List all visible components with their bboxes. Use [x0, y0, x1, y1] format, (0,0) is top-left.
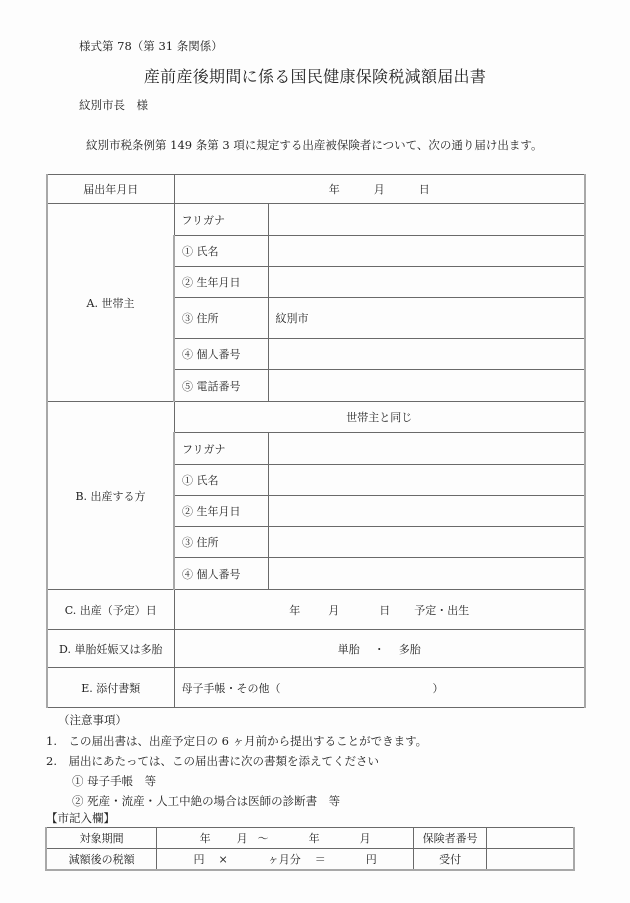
reduced-tax-label: 減額後の税額 — [46, 849, 157, 871]
head-furigana-field[interactable] — [268, 204, 585, 236]
head-phone-label: ⑤ 電話番号 — [174, 370, 268, 402]
period-start-year-unit: 年 — [200, 832, 211, 845]
mother-name-field[interactable] — [268, 465, 585, 496]
title-text: 産前産後期間に係る国民健康保険税減額届出書 — [144, 64, 486, 87]
mother-name-label: ① 氏名 — [174, 465, 268, 496]
times-symbol: × — [219, 853, 228, 866]
mother-birthdate-field[interactable] — [268, 496, 585, 527]
attachments-prefix: 母子手帳・その他（ — [182, 682, 281, 695]
target-period-row: 対象期間 年月～年月 保険者番号 — [46, 828, 574, 849]
head-birthdate-field[interactable] — [268, 267, 585, 298]
filing-date-label: 届出年月日 — [47, 175, 174, 204]
head-phone-field[interactable] — [268, 370, 585, 402]
received-field[interactable] — [487, 849, 574, 871]
reduced-tax-row: 減額後の税額 円×ヶ月分＝円 受付 — [46, 849, 574, 871]
same-as-head-row: B. 出産する方 世帯主と同じ — [47, 402, 585, 433]
period-end-year-unit: 年 — [309, 832, 320, 845]
head-furigana-row: A. 世帯主 フリガナ — [47, 204, 585, 236]
option-separator: ・ — [374, 643, 385, 656]
attachments-field[interactable]: 母子手帳・その他（） — [174, 668, 585, 708]
insurer-number-label: 保険者番号 — [414, 828, 487, 849]
mother-birthdate-label: ② 生年月日 — [174, 496, 268, 527]
head-furigana-label: フリガナ — [174, 204, 268, 236]
application-form-table: 届出年月日 年月日 A. 世帯主 フリガナ ① 氏名 ② 生年月日 ③ 住所 紋… — [46, 174, 586, 708]
note-subitem-1: ① 母子手帳 等 — [72, 773, 156, 789]
birth-month-unit: 月 — [328, 604, 339, 617]
page-title: 産前産後期間に係る国民健康保険税減額届出書 — [0, 64, 630, 87]
mother-id-number-label: ④ 個人番号 — [174, 558, 268, 590]
insurer-number-field[interactable] — [487, 828, 574, 849]
form-number: 様式第 78（第 31 条関係） — [79, 38, 223, 54]
section-c-label: C. 出産（予定）日 — [47, 590, 174, 630]
attachments-suffix: ） — [433, 682, 444, 695]
head-id-number-label: ④ 個人番号 — [174, 339, 268, 370]
same-as-head-option[interactable]: 世帯主と同じ — [174, 402, 585, 433]
section-e-label: E. 添付書類 — [47, 668, 174, 708]
filing-year-unit: 年 — [329, 183, 340, 196]
birth-year-unit: 年 — [289, 604, 300, 617]
yen-unit-1: 円 — [194, 853, 205, 866]
office-use-table: 対象期間 年月～年月 保険者番号 減額後の税額 円×ヶ月分＝円 受付 — [45, 827, 575, 871]
section-a-label: A. 世帯主 — [47, 204, 174, 402]
filing-month-unit: 月 — [374, 183, 385, 196]
addressee: 紋別市長 様 — [79, 97, 148, 113]
yen-unit-2: 円 — [366, 853, 377, 866]
received-label: 受付 — [414, 849, 487, 871]
mother-address-field[interactable] — [268, 527, 585, 558]
single-option[interactable]: 単胎 — [338, 643, 360, 656]
birth-status-options[interactable]: 予定・出生 — [414, 604, 469, 617]
note-item-2: 2. 届出にあたっては、この届出書に次の書類を添えてください — [46, 753, 379, 769]
head-address-label: ③ 住所 — [174, 298, 268, 339]
mother-furigana-label: フリガナ — [174, 433, 268, 465]
head-address-field[interactable]: 紋別市 — [268, 298, 585, 339]
reduced-tax-field[interactable]: 円×ヶ月分＝円 — [157, 849, 414, 871]
intro-text: 紋別市税条例第 149 条第 3 項に規定する出産被保険者について、次の通り届け… — [86, 137, 543, 153]
note-item-1: 1. この届出書は、出産予定日の 6 ヶ月前から提出することができます。 — [46, 733, 427, 749]
office-use-heading: 【市記入欄】 — [46, 810, 115, 826]
head-birthdate-label: ② 生年月日 — [174, 267, 268, 298]
filing-day-unit: 日 — [419, 183, 430, 196]
attachments-row: E. 添付書類 母子手帳・その他（） — [47, 668, 585, 708]
target-period-label: 対象期間 — [46, 828, 157, 849]
equals-symbol: ＝ — [315, 853, 326, 866]
filing-date-row: 届出年月日 年月日 — [47, 175, 585, 204]
birth-date-field[interactable]: 年月日予定・出生 — [174, 590, 585, 630]
head-id-number-field[interactable] — [268, 339, 585, 370]
period-start-month-unit: 月 — [237, 832, 248, 845]
mother-address-label: ③ 住所 — [174, 527, 268, 558]
pregnancy-type-row: D. 単胎妊娠又は多胎 単胎・多胎 — [47, 630, 585, 668]
head-name-field[interactable] — [268, 236, 585, 267]
note-subitem-2: ② 死産・流産・人工中絶の場合は医師の診断書 等 — [72, 793, 340, 809]
birth-day-unit: 日 — [379, 604, 390, 617]
head-name-label: ① 氏名 — [174, 236, 268, 267]
filing-date-field[interactable]: 年月日 — [174, 175, 585, 204]
section-d-label: D. 単胎妊娠又は多胎 — [47, 630, 174, 668]
target-period-field[interactable]: 年月～年月 — [157, 828, 414, 849]
notes-heading: （注意事項） — [58, 712, 127, 728]
section-b-label: B. 出産する方 — [47, 402, 174, 590]
birth-date-row: C. 出産（予定）日 年月日予定・出生 — [47, 590, 585, 630]
months-unit: ヶ月分 — [268, 853, 301, 866]
period-tilde: ～ — [258, 832, 269, 845]
multiple-option[interactable]: 多胎 — [399, 643, 421, 656]
mother-id-number-field[interactable] — [268, 558, 585, 590]
mother-furigana-field[interactable] — [268, 433, 585, 465]
pregnancy-type-field: 単胎・多胎 — [174, 630, 585, 668]
period-end-month-unit: 月 — [360, 832, 371, 845]
